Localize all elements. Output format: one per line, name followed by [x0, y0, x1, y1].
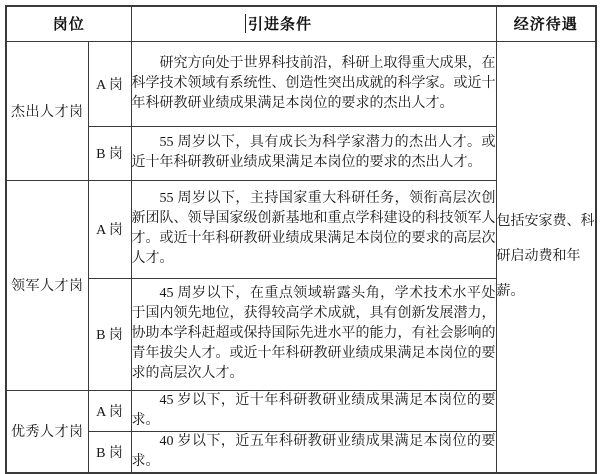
condition-excellent-a: 45 岁以下，近十年科研教研业绩成果满足本岗位的要求。: [131, 390, 496, 431]
table-row: 杰出人才岗 A 岗 研究方向处于世界科技前沿，科研上取得重大成果，在科学技术领域…: [6, 41, 596, 126]
header-row: 岗位 引进条件 经济待遇: [6, 6, 596, 41]
grade-a-leading: A 岗: [88, 180, 131, 278]
grade-b-outstanding: B 岗: [88, 126, 131, 180]
header-position: 岗位: [6, 6, 131, 41]
grade-b-leading: B 岗: [88, 278, 131, 390]
condition-leading-a: 55 周岁以下，主持国家重大科研任务，领衔高层次创新团队、领导国家级创新基地和重…: [131, 180, 496, 278]
category-leading-talent: 领军人才岗: [6, 180, 88, 390]
header-conditions-label: 引进条件: [248, 13, 312, 34]
grade-a-outstanding: A 岗: [88, 41, 131, 126]
condition-leading-b: 45 周岁以下，在重点领域崭露头角，学术技术水平处于国内领先地位，获得较高学术成…: [131, 278, 496, 390]
condition-outstanding-b: 55 周岁以下，具有成长为科学家潜力的杰出人才。或近十年科研教研业绩成果满足本岗…: [131, 126, 496, 180]
condition-excellent-b: 40 岁以下，近五年科研教研业绩成果满足本岗位的要求。: [131, 431, 496, 473]
text-cursor-caret: [245, 14, 246, 33]
talent-recruitment-table: 岗位 引进条件 经济待遇 杰出人才岗 A 岗 研究方向处于世界科技前沿，科研上取…: [5, 5, 597, 474]
treatment-cell: 包括安家费、科研启动费和年薪。: [496, 41, 596, 473]
category-excellent-talent: 优秀人才岗: [6, 390, 88, 473]
category-outstanding-talent: 杰出人才岗: [6, 41, 88, 180]
grade-a-excellent: A 岗: [88, 390, 131, 431]
grade-b-excellent: B 岗: [88, 431, 131, 473]
header-treatment: 经济待遇: [496, 6, 596, 41]
header-conditions: 引进条件: [131, 6, 496, 41]
condition-outstanding-a: 研究方向处于世界科技前沿，科研上取得重大成果，在科学技术领域有系统性、创造性突出…: [131, 41, 496, 126]
